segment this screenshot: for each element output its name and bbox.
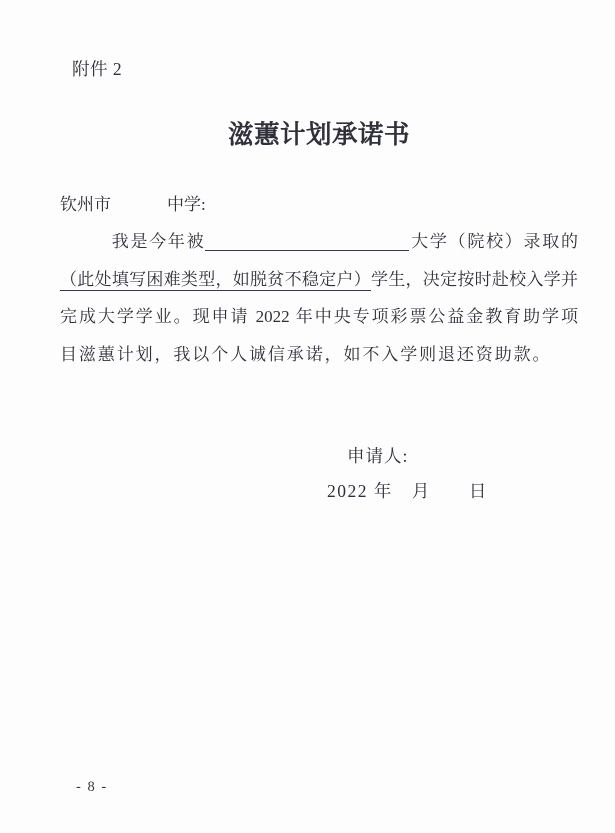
paragraph-line-promise: 目滋蕙计划，我以个人诚信承诺，如不入学则退还资助款。: [60, 336, 578, 373]
document-title: 滋蕙计划承诺书: [60, 115, 578, 151]
salutation-line: 钦州市中学:: [60, 186, 578, 223]
document-page: 附件 2 滋蕙计划承诺书 钦州市中学: 我是今年被大学（院校）录取的 （此处填写…: [0, 0, 615, 833]
date-line: 2022 年 月 日: [327, 478, 488, 503]
page-number: - 8 -: [76, 779, 108, 796]
admitted-text-pre: 我是今年被: [110, 232, 205, 251]
difficulty-rest-text: 学生，决定按时赴校入学并: [371, 270, 578, 289]
salutation-school: 中学:: [167, 195, 206, 214]
attachment-label: 附件 2: [72, 56, 122, 81]
paragraph-line-difficulty: （此处填写困难类型，如脱贫不稳定户）学生，决定按时赴校入学并: [60, 261, 578, 298]
difficulty-type-note: （此处填写困难类型，如脱贫不稳定户）: [60, 270, 371, 291]
paragraph-line-admitted: 我是今年被大学（院校）录取的: [60, 223, 578, 260]
applicant-label: 申请人:: [347, 443, 408, 468]
admitted-text-post: 大学（院校）录取的: [409, 232, 578, 251]
body-text: 钦州市中学: 我是今年被大学（院校）录取的 （此处填写困难类型，如脱贫不稳定户）…: [60, 186, 578, 373]
paragraph-line-program: 完成大学学业。现申请 2022 年中央专项彩票公益金教育助学项: [60, 298, 578, 335]
university-name-blank: [205, 233, 409, 251]
salutation-city: 钦州市: [60, 195, 111, 214]
